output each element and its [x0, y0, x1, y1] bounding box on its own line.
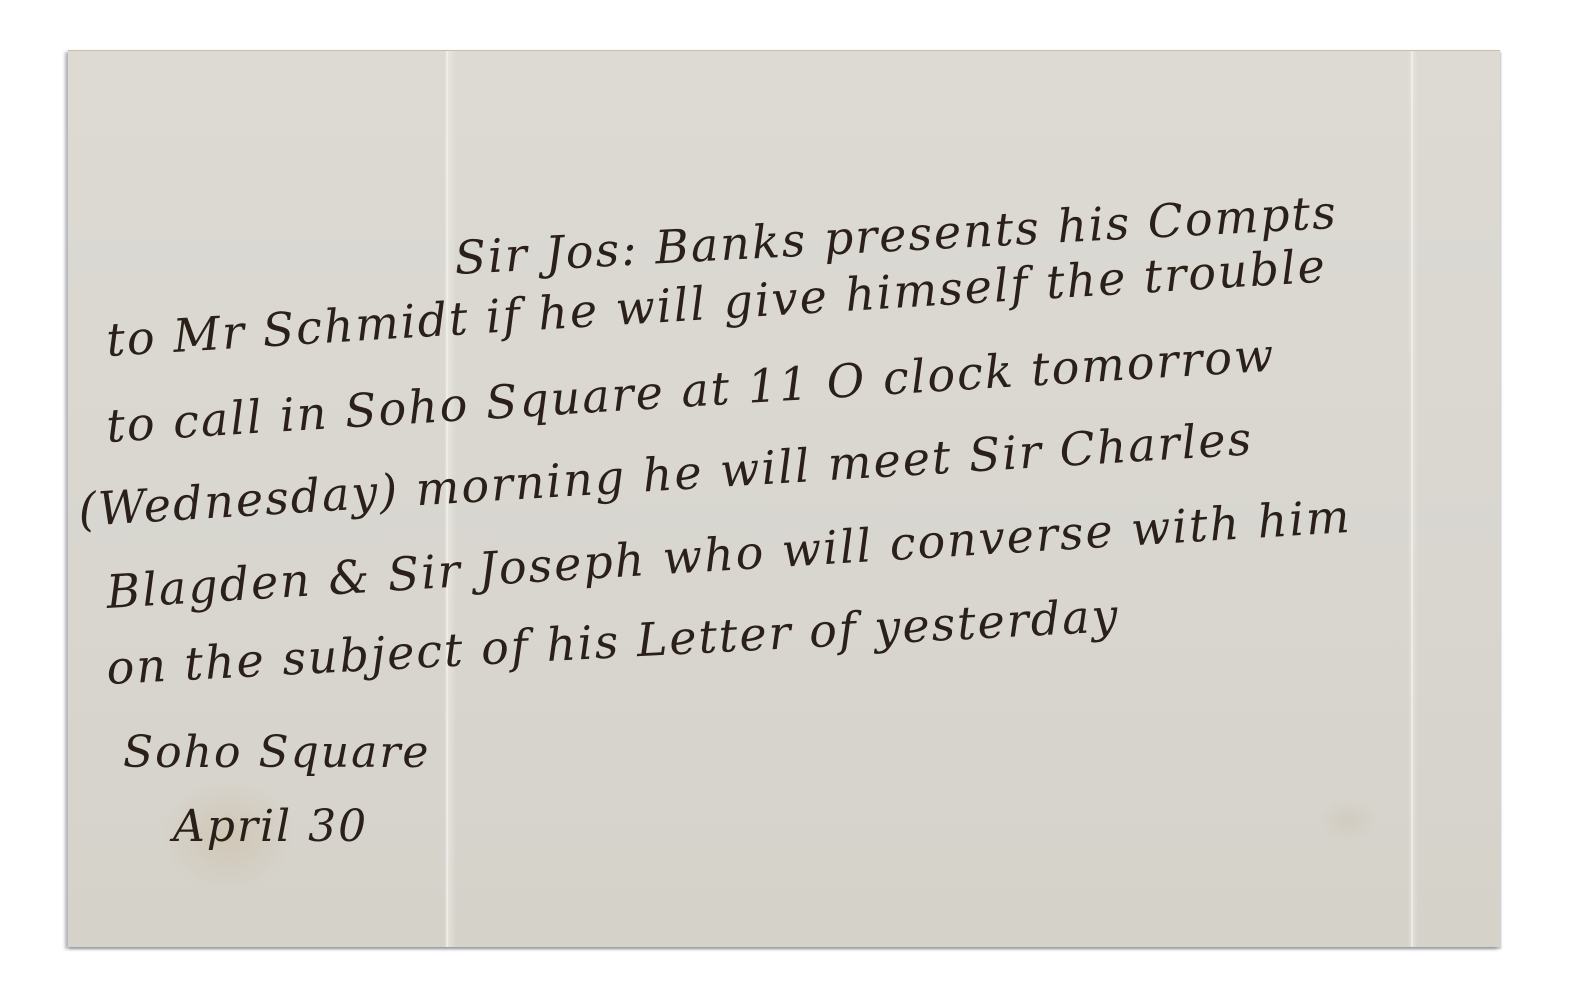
- letter-paper: Sir Jos: Banks presents his Compts to Mr…: [68, 50, 1500, 947]
- letter-place: Soho Square: [123, 727, 430, 778]
- letter-date: April 30: [173, 801, 368, 852]
- fold-crease: [1411, 51, 1413, 947]
